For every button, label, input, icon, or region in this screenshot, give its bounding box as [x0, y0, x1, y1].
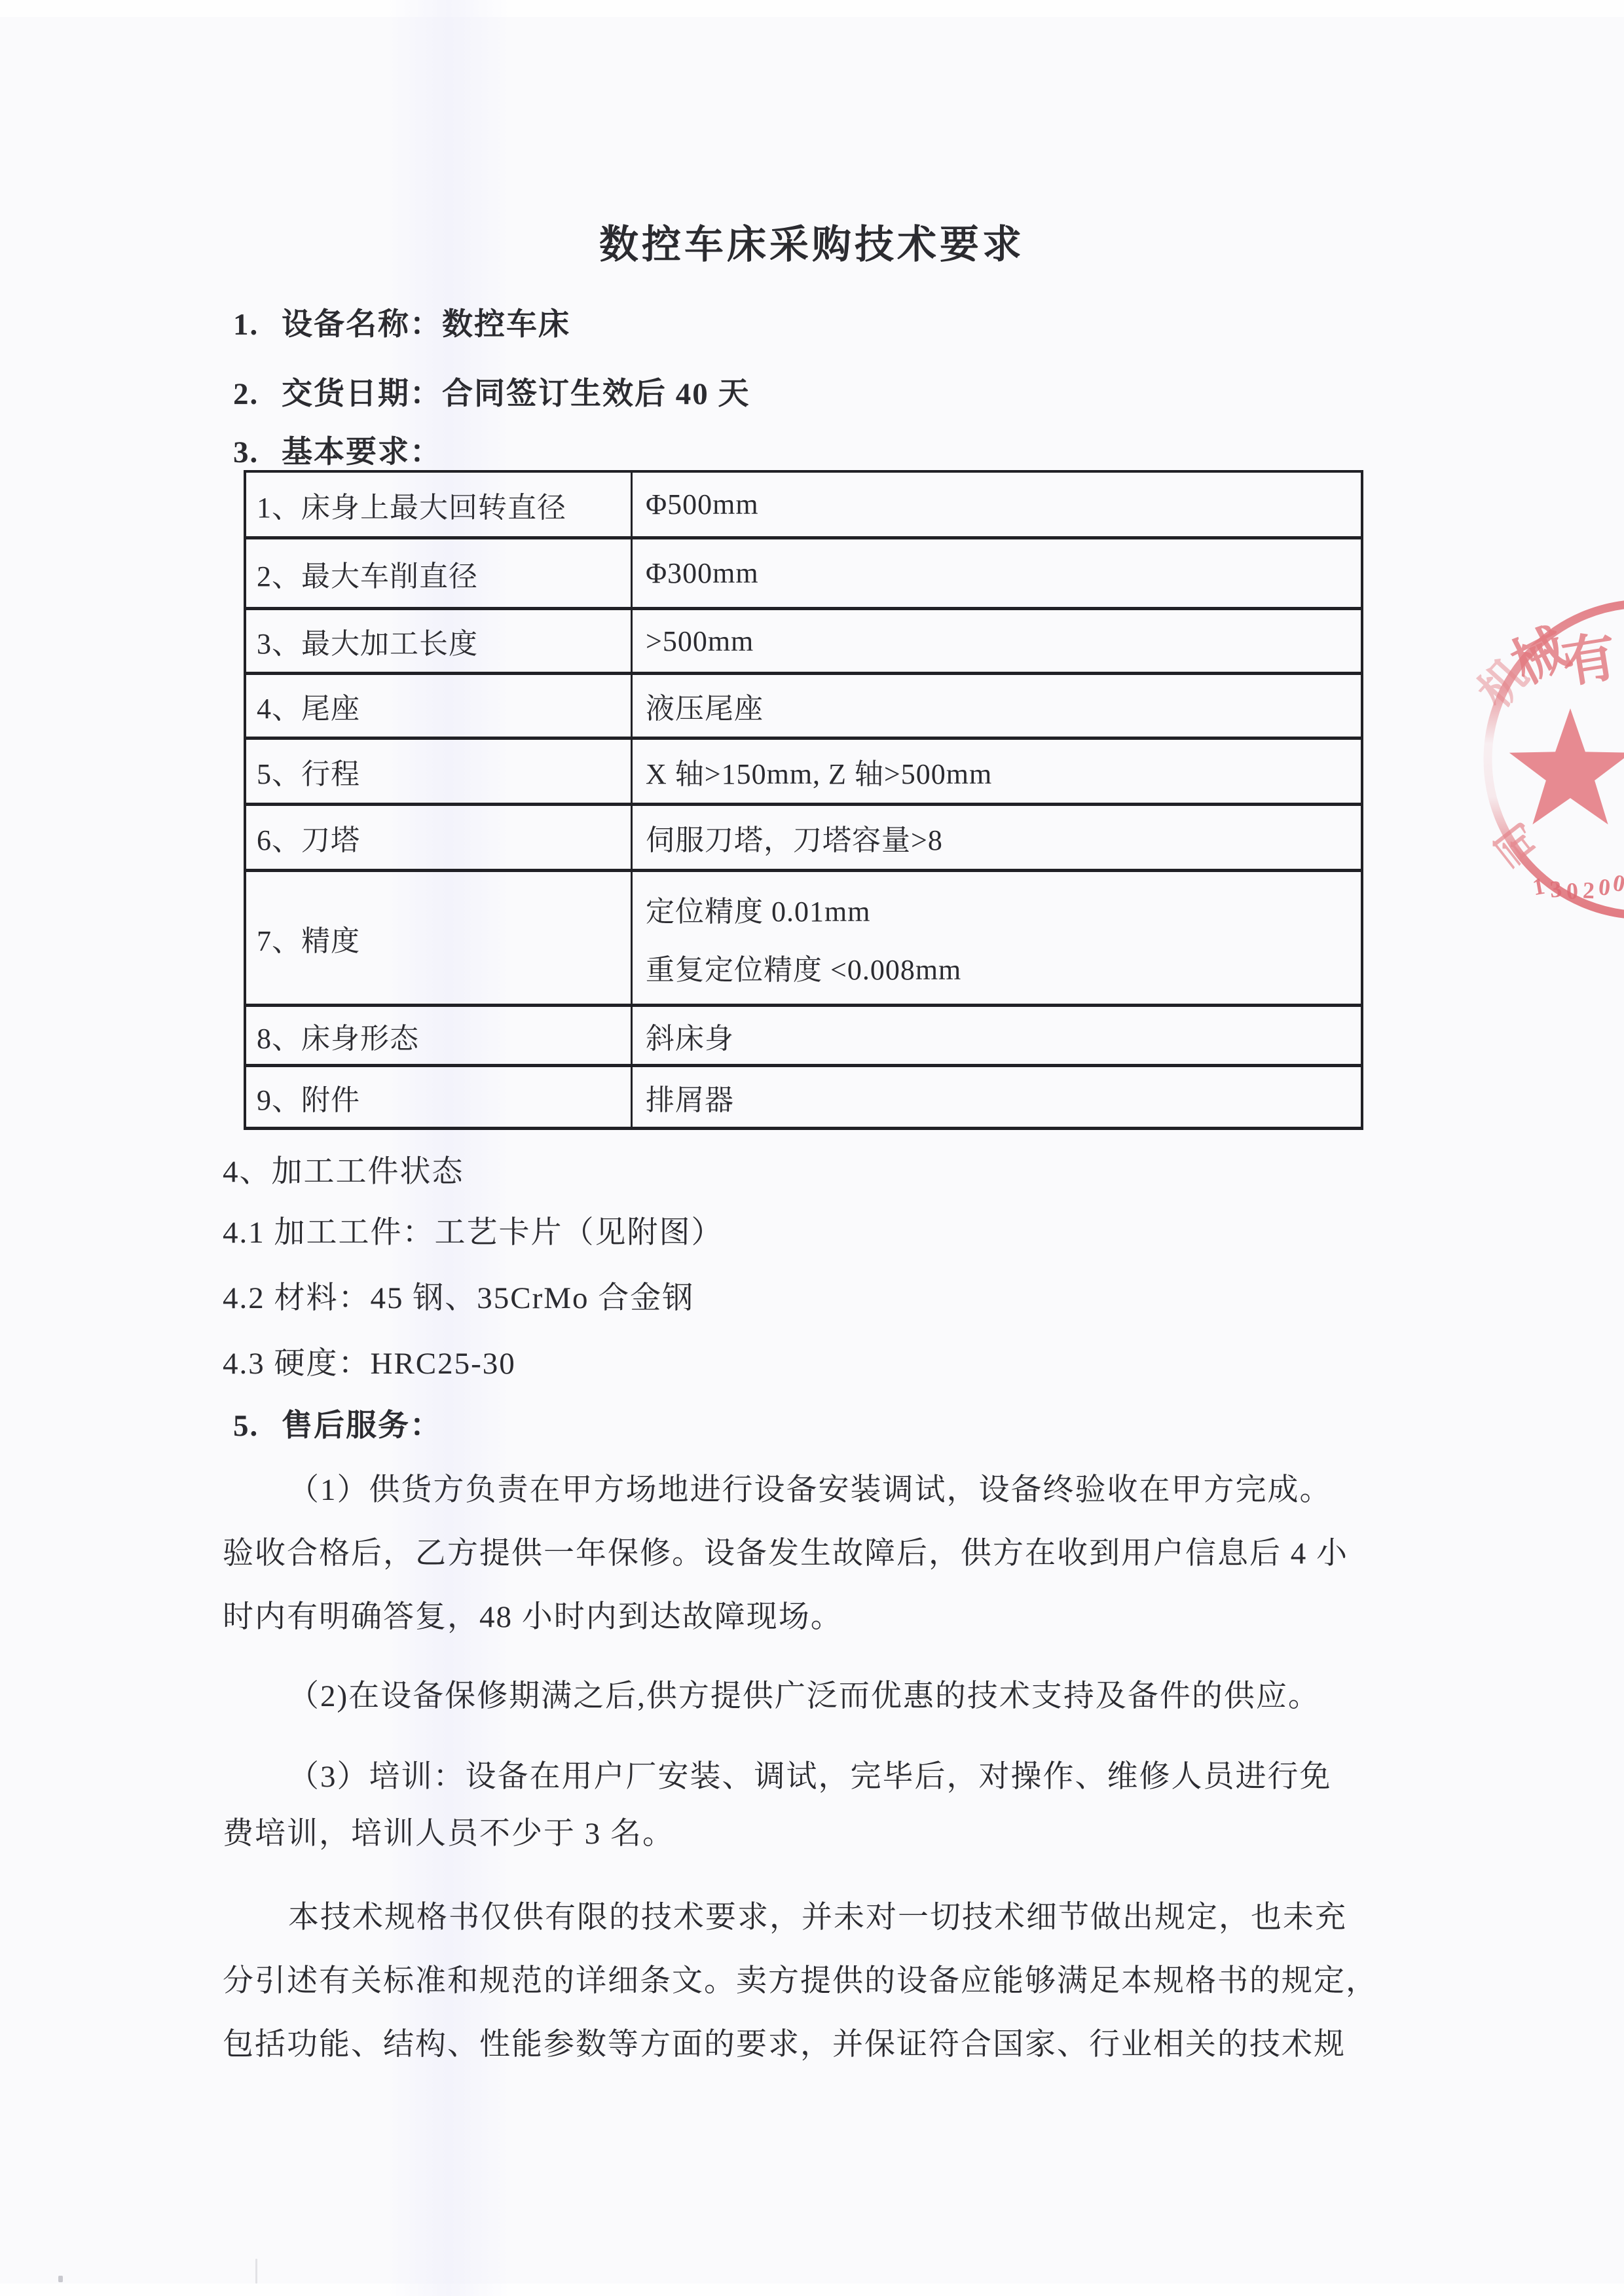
- scan-edge-bottom: [0, 2284, 1624, 2296]
- paragraph-line: （1）供货方负责在甲方场地进行设备安装调试，设备终验收在甲方完成。: [288, 1465, 1332, 1509]
- spec-name: 1、床身上最大回转直径: [246, 473, 633, 536]
- spec-name: 3、最大加工长度: [246, 610, 633, 672]
- stamp-character: 有: [1558, 627, 1620, 694]
- spec-name: 9、附件: [246, 1067, 633, 1127]
- spec-name: 8、床身形态: [246, 1007, 633, 1064]
- paragraph-line: 验收合格后，乙方提供一年保修。设备发生故障后，供方在收到用户信息后 4 小: [223, 1529, 1348, 1573]
- stamp-serial-digit: 0: [1611, 869, 1624, 898]
- list-item-number: 1.: [233, 307, 282, 342]
- spec-name: 7、精度: [246, 872, 633, 1004]
- list-item-text: 设备名称：数控车床: [282, 308, 570, 342]
- company-stamp: 机 械 有 司 1 3 0 2 0 0: [1466, 587, 1624, 927]
- spec-value: 伺服刀塔，刀塔容量>8: [633, 806, 1361, 869]
- stamp-serial-digit: 2: [1582, 877, 1595, 904]
- paragraph-line: 时内有明确答复，48 小时内到达故障现场。: [223, 1592, 843, 1636]
- list-item-3: 3.基本要求：: [233, 428, 442, 471]
- paragraph-line: （2)在设备保修期满之后,供方提供广泛而优惠的技术支持及备件的供应。: [288, 1671, 1320, 1715]
- spec-name: 6、刀塔: [246, 806, 633, 869]
- table-row: 3、最大加工长度 >500mm: [246, 610, 1361, 675]
- section5-heading: 5.售后服务：: [233, 1401, 442, 1445]
- list-item-text: 基本要求：: [282, 435, 442, 469]
- spec-table: 1、床身上最大回转直径 Φ500mm 2、最大车削直径 Φ300mm 3、最大加…: [244, 470, 1363, 1130]
- spec-value: Φ500mm: [633, 473, 1361, 536]
- scan-speck: [58, 2276, 63, 2282]
- spec-name: 5、行程: [246, 740, 633, 803]
- paragraph-line: （3）培训：设备在用户厂安装、调试，完毕后，对操作、维修人员进行免: [288, 1752, 1332, 1796]
- spec-value: 斜床身: [633, 1007, 1361, 1064]
- list-item-number: 5.: [233, 1408, 282, 1444]
- list-item-number: 2.: [233, 376, 282, 412]
- spec-value: X 轴>150mm, Z 轴>500mm: [633, 740, 1361, 803]
- list-item-number: 3.: [233, 435, 282, 470]
- section4-line: 4.2 材料：45 钢、35CrMo 合金钢: [223, 1273, 694, 1317]
- spec-value-group: 定位精度 0.01mm 重复定位精度 <0.008mm: [633, 872, 1361, 1004]
- table-row: 9、附件 排屑器: [246, 1067, 1361, 1130]
- section4-line: 4.3 硬度：HRC25-30: [223, 1339, 516, 1383]
- section5-heading-text: 售后服务：: [282, 1409, 442, 1443]
- list-item-2: 2.交货日期：合同签订生效后 40 天: [233, 369, 750, 413]
- spec-value: >500mm: [633, 610, 1361, 672]
- spec-value: 液压尾座: [633, 675, 1361, 737]
- table-row: 7、精度 定位精度 0.01mm 重复定位精度 <0.008mm: [246, 872, 1361, 1007]
- paragraph-line: 包括功能、结构、性能参数等方面的要求，并保证符合国家、行业相关的技术规: [223, 2020, 1346, 2064]
- stamp-character: 司: [1488, 814, 1548, 873]
- stamp-serial-digit: 0: [1597, 873, 1612, 901]
- stamp-serial-digit: 3: [1549, 875, 1563, 903]
- table-row: 1、床身上最大回转直径 Φ500mm: [246, 473, 1361, 539]
- paragraph-line: 分引述有关标准和规范的详细条文。卖方提供的设备应能够满足本规格书的规定，: [223, 1956, 1378, 2000]
- spec-value: 排屑器: [633, 1067, 1361, 1127]
- paragraph-line: 费培训，培训人员不少于 3 名。: [223, 1809, 674, 1853]
- table-row: 4、尾座 液压尾座: [246, 675, 1361, 740]
- section4-heading: 4、加工工件状态: [223, 1147, 464, 1191]
- table-row: 8、床身形态 斜床身: [246, 1007, 1361, 1067]
- spec-value: 重复定位精度 <0.008mm: [646, 946, 961, 988]
- spec-name: 2、最大车削直径: [246, 539, 633, 607]
- spec-value: Φ300mm: [633, 539, 1361, 607]
- scan-speck: [255, 2259, 257, 2284]
- stamp-star-icon: [1509, 708, 1624, 824]
- spec-value: 定位精度 0.01mm: [646, 888, 870, 930]
- table-row: 6、刀塔 伺服刀塔，刀塔容量>8: [246, 806, 1361, 872]
- spec-name: 4、尾座: [246, 675, 633, 737]
- scan-edge-top: [0, 0, 1624, 17]
- section4-line: 4.1 加工工件：工艺卡片（见附图）: [223, 1208, 724, 1252]
- page-title: 数控车床采购技术要求: [0, 213, 1624, 270]
- list-item-text: 交货日期：合同签订生效后 40 天: [282, 377, 750, 411]
- table-row: 2、最大车削直径 Φ300mm: [246, 539, 1361, 610]
- paragraph-line: 本技术规格书仅供有限的技术要求，并未对一切技术细节做出规定，也未充: [288, 1893, 1347, 1937]
- list-item-1: 1.设备名称：数控车床: [233, 300, 570, 344]
- table-row: 5、行程 X 轴>150mm, Z 轴>500mm: [246, 740, 1361, 806]
- stamp-serial-digit: 0: [1566, 878, 1578, 905]
- scanned-document-page: 数控车床采购技术要求 1.设备名称：数控车床 2.交货日期：合同签订生效后 40…: [0, 0, 1624, 2296]
